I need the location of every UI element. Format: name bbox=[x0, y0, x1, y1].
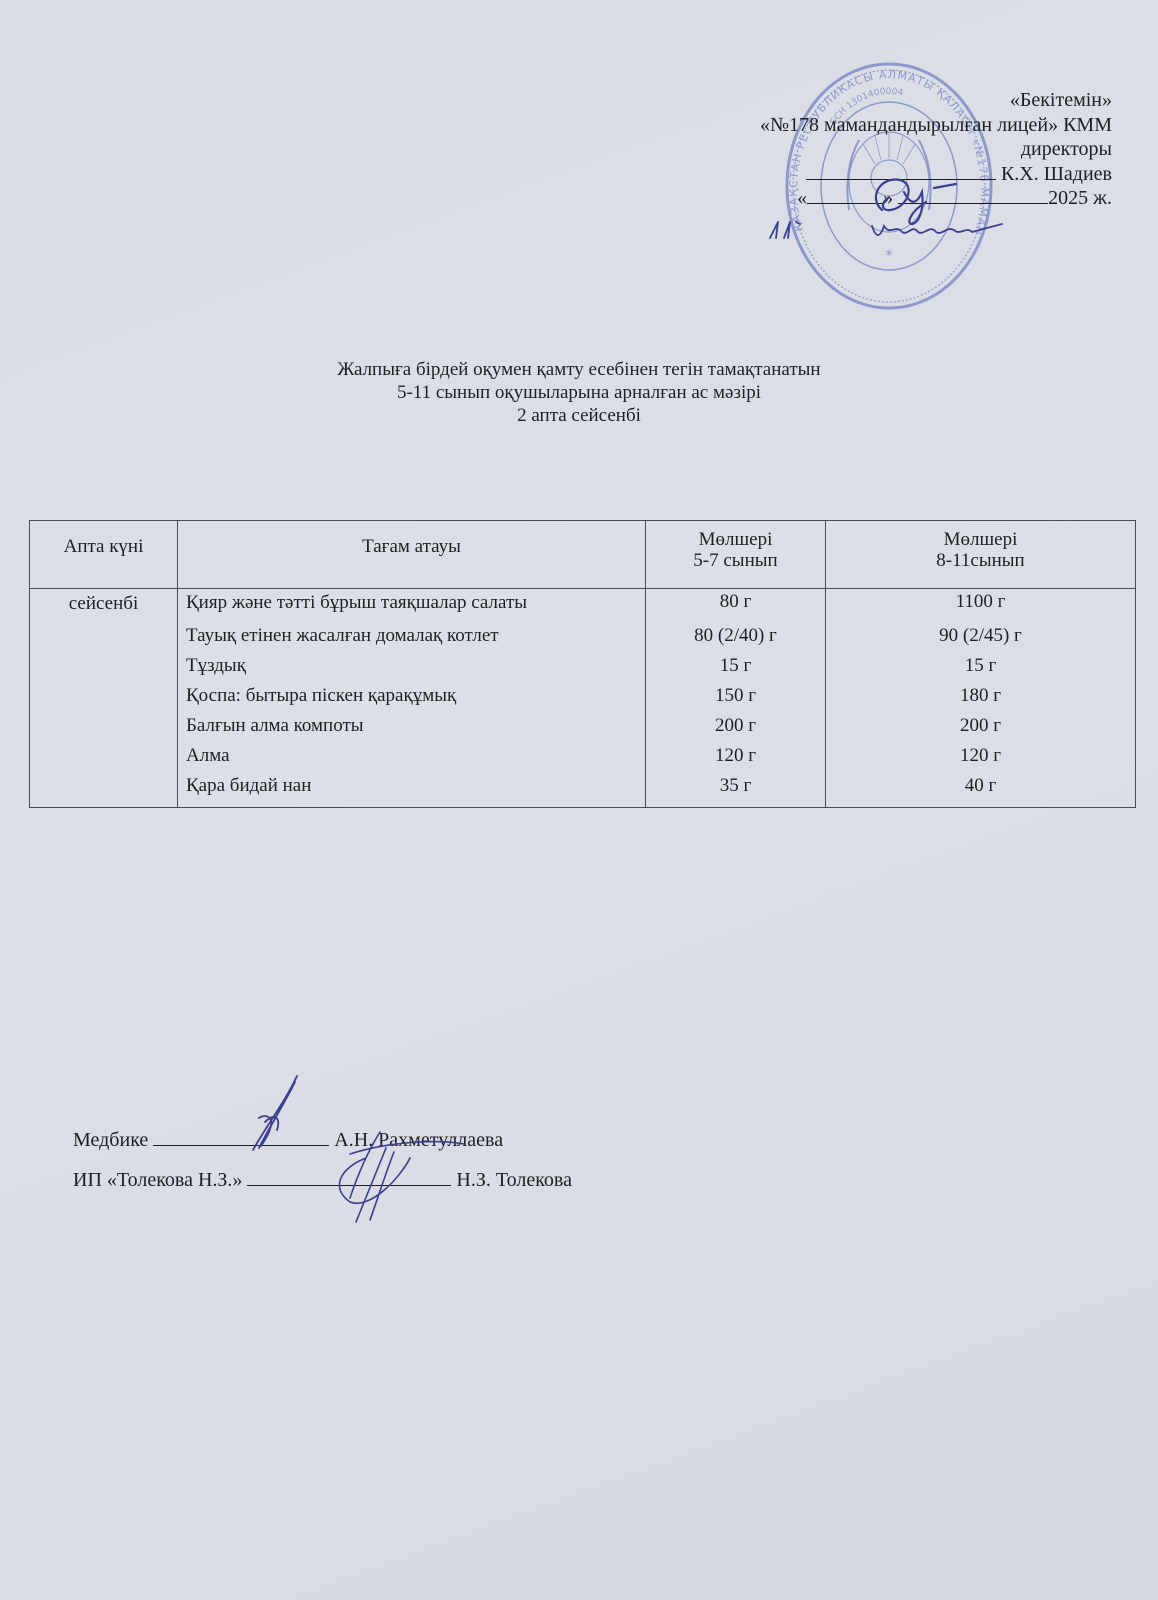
dish-name: Алма bbox=[186, 741, 637, 771]
qty-8-11: 200 г bbox=[834, 711, 1127, 741]
qty-5-7: 35 г bbox=[654, 771, 817, 801]
header-dish-name: Тағам атауы bbox=[178, 521, 646, 589]
qty-8-11: 1100 г bbox=[834, 591, 1127, 621]
qty-8-11: 90 (2/45) г bbox=[834, 621, 1127, 651]
director-position: директоры bbox=[760, 137, 1112, 162]
dish-name: Қоспа: бытыра піскен қарақұмық bbox=[186, 681, 637, 711]
table-header-row: Апта күні Тағам атауы Мөлшері 5-7 сынып … bbox=[30, 521, 1136, 589]
day-cell: сейсенбі bbox=[30, 589, 178, 808]
nurse-role: Медбике bbox=[73, 1129, 148, 1151]
qty-8-11-cell: 1100 г 90 (2/45) г 15 г 180 г 200 г 120 … bbox=[826, 589, 1136, 808]
menu-title: Жалпыға бірдей оқумен қамту есебінен тег… bbox=[0, 358, 1158, 427]
supplier-name: Н.З. Толекова bbox=[456, 1169, 572, 1191]
title-line-2: 5-11 сынып оқушыларына арналған ас мәзір… bbox=[0, 381, 1158, 404]
approval-heading: «Бекітемін» bbox=[760, 88, 1112, 113]
supplier-signature-icon bbox=[320, 1128, 470, 1224]
qty-8-11: 40 г bbox=[834, 771, 1127, 801]
menu-table: Апта күні Тағам атауы Мөлшері 5-7 сынып … bbox=[29, 520, 1136, 808]
qty-8-11: 180 г bbox=[834, 681, 1127, 711]
date-handwriting-icon bbox=[760, 214, 1010, 244]
qty-8-11: 15 г bbox=[834, 651, 1127, 681]
header-qty-5-7-label: Мөлшері bbox=[650, 529, 821, 550]
dish-name: Балғын алма компоты bbox=[186, 711, 637, 741]
title-line-1: Жалпыға бірдей оқумен қамту есебінен тег… bbox=[0, 358, 1158, 381]
dish-name: Тұздық bbox=[186, 651, 637, 681]
header-day: Апта күні bbox=[30, 521, 178, 589]
header-qty-8-11-grades: 8-11сынып bbox=[830, 550, 1131, 571]
qty-5-7: 15 г bbox=[654, 651, 817, 681]
qty-5-7-cell: 80 г 80 (2/40) г 15 г 150 г 200 г 120 г … bbox=[646, 589, 826, 808]
header-qty-8-11: Мөлшері 8-11сынып bbox=[826, 521, 1136, 589]
header-qty-8-11-label: Мөлшері bbox=[830, 529, 1131, 550]
organization-name: «№178 мамандандырылған лицей» КММ bbox=[760, 113, 1112, 138]
header-qty-5-7-grades: 5-7 сынып bbox=[650, 550, 821, 571]
table-row: сейсенбі Қияр және тәтті бұрыш таяқшалар… bbox=[30, 589, 1136, 808]
supplier-role: ИП «Толекова Н.З.» bbox=[73, 1169, 242, 1191]
qty-8-11: 120 г bbox=[834, 741, 1127, 771]
dish-names-cell: Қияр және тәтті бұрыш таяқшалар салаты Т… bbox=[178, 589, 646, 808]
director-name: К.Х. Шадиев bbox=[1001, 163, 1112, 185]
dish-name: Қияр және тәтті бұрыш таяқшалар салаты bbox=[186, 591, 637, 621]
title-line-3: 2 апта сейсенбі bbox=[0, 404, 1158, 427]
header-qty-5-7: Мөлшері 5-7 сынып bbox=[646, 521, 826, 589]
nurse-signature-icon bbox=[225, 1072, 315, 1154]
date-quote-open: « bbox=[797, 187, 807, 209]
qty-5-7: 150 г bbox=[654, 681, 817, 711]
dish-name: Тауық етінен жасалған домалақ котлет bbox=[186, 621, 637, 651]
svg-text:*: * bbox=[886, 248, 893, 264]
qty-5-7: 80 г bbox=[654, 591, 817, 621]
date-year: 2025 ж. bbox=[1048, 187, 1112, 209]
dish-name: Қара бидай нан bbox=[186, 771, 637, 801]
qty-5-7: 120 г bbox=[654, 741, 817, 771]
qty-5-7: 200 г bbox=[654, 711, 817, 741]
qty-5-7: 80 (2/40) г bbox=[654, 621, 817, 651]
